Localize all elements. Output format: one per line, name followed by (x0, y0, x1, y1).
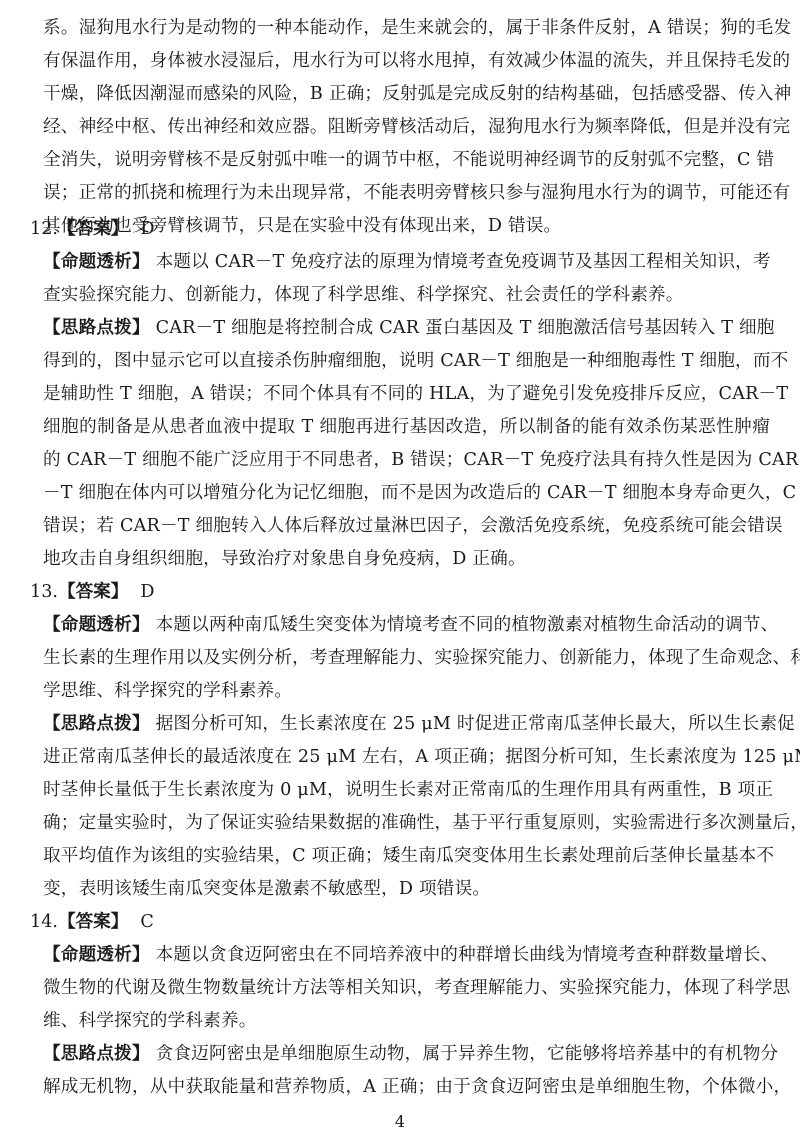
question-14-answer-row: 14.【答案】C (30, 906, 154, 939)
hint-line: 确；定量实验时，为了保证实验结果数据的准确性，基于平行重复原则，实验需进行多次测… (43, 807, 770, 840)
answer-value: D (140, 582, 154, 602)
hint-text: CAR－T 细胞是将控制合成 CAR 蛋白基因及 T 细胞激活信号基因转入 T … (156, 318, 775, 338)
analysis-tag: 【命题透析】 (43, 252, 150, 272)
hint-line: 地攻击自身组织细胞，导致治疗对象患自身免疫病，D 正确。 (43, 543, 770, 576)
document-page: 系。湿狗甩水行为是动物的一种本能动作，是生来就会的，属于非条件反射，A 错误；狗… (0, 0, 800, 1147)
analysis-line: 维、科学探究的学科素养。 (43, 1005, 770, 1038)
answer-tag: 【答案】 (58, 912, 128, 932)
paragraph-line: 有保温作用，身体被水浸湿后，甩水行为可以将水甩掉，有效减少体温的流失，并且保持毛… (43, 45, 770, 78)
analysis-line: 生长素的生理作用以及实例分析，考查理解能力、实验探究能力、创新能力，体现了生命观… (43, 642, 770, 675)
hint-line: －T 细胞在体内可以增殖分化为记忆细胞，而不是因为改造后的 CAR－T 细胞本身… (43, 477, 770, 510)
analysis-line: 微生物的代谢及微生物数量统计方法等相关知识，考查理解能力、实验探究能力，体现了科… (43, 972, 770, 1005)
page-number: 4 (0, 1112, 800, 1131)
paragraph-line: 全消失，说明旁臂核不是反射弧中唯一的调节中枢，不能说明神经调节的反射弧不完整，C… (43, 144, 770, 177)
hint-line: 【思路点拨】 据图分析可知，生长素浓度在 25 μM 时促进正常南瓜茎伸长最大，… (43, 708, 770, 741)
hint-line: 【思路点拨】 CAR－T 细胞是将控制合成 CAR 蛋白基因及 T 细胞激活信号… (43, 312, 770, 345)
hint-tag: 【思路点拨】 (43, 318, 150, 338)
analysis-line: 查实验探究能力、创新能力，体现了科学思维、科学探究、社会责任的学科素养。 (43, 279, 770, 312)
hint-line: 取平均值作为该组的实验结果，C 项正确；矮生南瓜突变体用生长素处理前后茎伸长量基… (43, 840, 770, 873)
hint-line: 【思路点拨】 贪食迈阿密虫是单细胞原生动物，属于异养生物，它能够将培养基中的有机… (43, 1038, 770, 1071)
paragraph-line: 误；正常的抓挠和梳理行为未出现异常，不能表明旁臂核只参与湿狗甩水行为的调节，可能… (43, 177, 770, 210)
analysis-line: 【命题透析】 本题以 CAR－T 免疫疗法的原理为情境考查免疫调节及基因工程相关… (43, 246, 770, 279)
hint-line: 时茎伸长量低于生长素浓度为 0 μM，说明生长素对正常南瓜的生理作用具有两重性，… (43, 774, 770, 807)
paragraph-line: 干燥，降低因潮湿而感染的风险，B 正确；反射弧是完成反射的结构基础，包括感受器、… (43, 78, 770, 111)
question-number: 12. (30, 219, 58, 239)
hint-text: 据图分析可知，生长素浓度在 25 μM 时促进正常南瓜茎伸长最大，所以生长素促 (156, 714, 795, 734)
paragraph-line: 经、神经中枢、传出神经和效应器。阻断旁臂核活动后，湿狗甩水行为频率降低，但是并没… (43, 111, 770, 144)
hint-line: 是辅助性 T 细胞，A 错误；不同个体具有不同的 HLA，为了避免引发免疫排斥反… (43, 378, 770, 411)
paragraph-line: 系。湿狗甩水行为是动物的一种本能动作，是生来就会的，属于非条件反射，A 错误；狗… (43, 12, 770, 45)
question-13-answer-row: 13.【答案】D (30, 576, 154, 609)
analysis-text: 本题以两种南瓜矮生突变体为情境考查不同的植物激素对植物生命活动的调节、 (156, 615, 779, 635)
question-number: 13. (30, 582, 58, 602)
hint-line: 变，表明该矮生南瓜突变体是激素不敏感型，D 项错误。 (43, 873, 770, 906)
hint-tag: 【思路点拨】 (43, 714, 150, 734)
analysis-text: 本题以贪食迈阿密虫在不同培养液中的种群增长曲线为情境考查种群数量增长、 (156, 945, 779, 965)
answer-value: D (140, 219, 154, 239)
answer-value: C (140, 912, 153, 932)
hint-line: 的 CAR－T 细胞不能广泛应用于不同患者，B 错误；CAR－T 免疫疗法具有持… (43, 444, 770, 477)
analysis-tag: 【命题透析】 (43, 615, 150, 635)
hint-line: 解成无机物，从中获取能量和营养物质，A 正确；由于贪食迈阿密虫是单细胞生物，个体… (43, 1071, 770, 1104)
analysis-tag: 【命题透析】 (43, 945, 150, 965)
question-12-answer-row: 12.【答案】D (30, 213, 154, 246)
hint-tag: 【思路点拨】 (43, 1044, 150, 1064)
hint-text: 贪食迈阿密虫是单细胞原生动物，属于异养生物，它能够将培养基中的有机物分 (156, 1044, 779, 1064)
analysis-line: 【命题透析】 本题以两种南瓜矮生突变体为情境考查不同的植物激素对植物生命活动的调… (43, 609, 770, 642)
analysis-line: 【命题透析】 本题以贪食迈阿密虫在不同培养液中的种群增长曲线为情境考查种群数量增… (43, 939, 770, 972)
analysis-line: 学思维、科学探究的学科素养。 (43, 675, 770, 708)
hint-line: 细胞的制备是从患者血液中提取 T 细胞再进行基因改造，所以制备的能有效杀伤某恶性… (43, 411, 770, 444)
hint-line: 得到的，图中显示它可以直接杀伤肿瘤细胞，说明 CAR－T 细胞是一种细胞毒性 T… (43, 345, 770, 378)
question-number: 14. (30, 912, 58, 932)
answer-tag: 【答案】 (58, 219, 128, 239)
answer-tag: 【答案】 (58, 582, 128, 602)
hint-line: 进正常南瓜茎伸长的最适浓度在 25 μM 左右，A 项正确；据图分析可知，生长素… (43, 741, 770, 774)
hint-line: 错误；若 CAR－T 细胞转入人体后释放过量淋巴因子，会激活免疫系统，免疫系统可… (43, 510, 770, 543)
analysis-text: 本题以 CAR－T 免疫疗法的原理为情境考查免疫调节及基因工程相关知识，考 (156, 252, 771, 272)
